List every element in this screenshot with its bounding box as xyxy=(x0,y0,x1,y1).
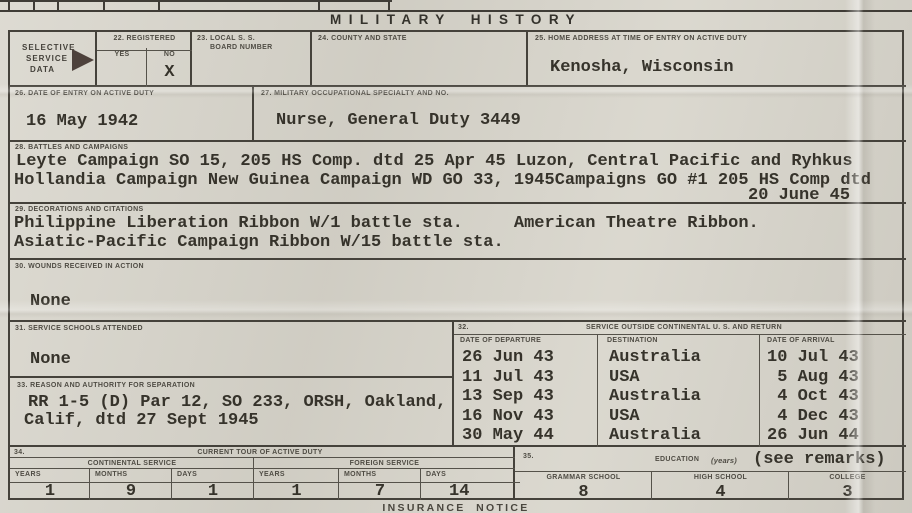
college-cell: COLLEGE 3 xyxy=(789,472,906,500)
scanned-document-page: MILITARY HISTORY SELECTIVE SERVICE DATA … xyxy=(0,0,912,513)
registered-no-value: X xyxy=(147,63,192,83)
specialty-value: Nurse, General Duty 3449 xyxy=(276,111,521,131)
decorations-line1: Philippine Liberation Ribbon W/1 battle … xyxy=(14,214,759,234)
tour-number: 34. xyxy=(14,449,25,456)
education-title: EDUCATION xyxy=(655,456,699,463)
battles-overtype-note: 20 June 45 xyxy=(748,186,850,206)
tour-header: 34. CURRENT TOUR OF ACTIVE DUTY xyxy=(10,447,515,458)
wounds-value: None xyxy=(30,292,71,312)
local-board-label: 23. LOCAL S. S. xyxy=(197,35,255,42)
section-title: MILITARY HISTORY xyxy=(0,12,912,27)
separation-line2: Calif, dtd 27 Sept 1945 xyxy=(24,411,259,431)
overseas-col-departure: DATE OF DEPARTURE 26 Jun 43 11 Jul 43 13… xyxy=(454,335,597,447)
column-tick xyxy=(388,0,390,10)
foreign-months-cell: MONTHS 7 xyxy=(339,469,421,500)
yes-label: YES xyxy=(97,51,147,58)
grammar-school-cell: GRAMMAR SCHOOL 8 xyxy=(515,472,652,500)
overseas-col-destination: DESTINATION Australia USA Australia USA … xyxy=(597,335,759,447)
departure-values: 26 Jun 43 11 Jul 43 13 Sep 43 16 Nov 43 … xyxy=(462,348,554,446)
foreign-days-cell: DAYS 14 xyxy=(421,469,515,500)
education-years-note: (years) xyxy=(711,456,737,465)
column-tick xyxy=(57,0,59,10)
foreign-years-cell: YEARS 1 xyxy=(254,469,339,500)
registered-no-cell: NO X xyxy=(147,48,192,87)
field-entry-date: 26. DATE OF ENTRY ON ACTIVE DUTY 16 May … xyxy=(10,87,254,142)
education-remark: (see remarks) xyxy=(753,450,886,470)
battles-line2: Hollandia Campaign New Guinea Campaign W… xyxy=(14,171,871,191)
schools-label: 31. SERVICE SCHOOLS ATTENDED xyxy=(15,325,143,332)
wounds-label: 30. WOUNDS RECEIVED IN ACTION xyxy=(15,263,144,270)
destination-header: DESTINATION xyxy=(607,337,658,344)
separation-line1: RR 1-5 (D) Par 12, SO 233, ORSH, Oakland… xyxy=(28,393,446,413)
continental-months-cell: MONTHS 9 xyxy=(90,469,172,500)
overseas-header: 32. SERVICE OUTSIDE CONTINENTAL U. S. AN… xyxy=(454,322,906,335)
column-tick xyxy=(8,0,10,10)
overseas-col-arrival: DATE OF ARRIVAL 10 Jul 43 5 Aug 43 4 Oct… xyxy=(759,335,906,447)
continental-years-cell: YEARS 1 xyxy=(10,469,90,500)
column-tick xyxy=(103,0,105,10)
field-battles-campaigns: 28. BATTLES AND CAMPAIGNS Leyte Campaign… xyxy=(10,142,906,204)
field-registered: 22. REGISTERED YES NO X xyxy=(97,32,192,87)
no-label: NO xyxy=(147,51,192,58)
row-schools-overseas: 31. SERVICE SCHOOLS ATTENDED None 33. RE… xyxy=(10,322,906,447)
battles-label: 28. BATTLES AND CAMPAIGNS xyxy=(15,144,128,151)
separation-label: 33. REASON AND AUTHORITY FOR SEPARATION xyxy=(17,382,195,389)
field-decorations: 29. DECORATIONS AND CITATIONS Philippine… xyxy=(10,204,906,260)
overseas-number: 32. xyxy=(458,324,469,331)
schools-value: None xyxy=(30,350,71,370)
high-school-cell: HIGH SCHOOL 4 xyxy=(652,472,789,500)
departure-header: DATE OF DEPARTURE xyxy=(460,337,541,344)
field-service-schools: 31. SERVICE SCHOOLS ATTENDED None xyxy=(10,322,454,378)
field-specialty: 27. MILITARY OCCUPATIONAL SPECIALTY AND … xyxy=(254,87,906,142)
decorations-line2: Asiatic-Pacific Campaign Ribbon W/15 bat… xyxy=(14,233,504,253)
field-county-state: 24. COUNTY AND STATE xyxy=(312,32,528,87)
column-tick xyxy=(33,0,35,10)
tour-title: CURRENT TOUR OF ACTIVE DUTY xyxy=(70,449,450,456)
education-number: 35. xyxy=(523,453,534,460)
field-separation: 33. REASON AND AUTHORITY FOR SEPARATION … xyxy=(10,378,454,447)
row-tour-education: 34. CURRENT TOUR OF ACTIVE DUTY CONTINEN… xyxy=(10,447,906,500)
continental-days-cell: DAYS 1 xyxy=(172,469,254,500)
entry-date-label: 26. DATE OF ENTRY ON ACTIVE DUTY xyxy=(15,90,154,97)
overseas-title: SERVICE OUTSIDE CONTINENTAL U. S. AND RE… xyxy=(484,324,884,331)
local-board-label2: BOARD NUMBER xyxy=(210,44,273,51)
specialty-label: 27. MILITARY OCCUPATIONAL SPECIALTY AND … xyxy=(261,90,449,97)
arrival-values: 10 Jul 43 5 Aug 43 4 Oct 43 4 Dec 43 26 … xyxy=(767,348,859,446)
tour-of-duty-section: 34. CURRENT TOUR OF ACTIVE DUTY CONTINEN… xyxy=(10,447,515,500)
field-wounds: 30. WOUNDS RECEIVED IN ACTION None xyxy=(10,260,906,322)
field-home-address: 25. HOME ADDRESS AT TIME OF ENTRY ON ACT… xyxy=(528,32,906,87)
continental-service-header: CONTINENTAL SERVICE xyxy=(10,458,254,469)
right-arrow-icon xyxy=(72,49,94,71)
military-history-form: SELECTIVE SERVICE DATA 22. REGISTERED YE… xyxy=(8,30,904,500)
column-tick xyxy=(158,0,160,10)
column-tick xyxy=(318,0,320,10)
county-state-label: 24. COUNTY AND STATE xyxy=(318,35,407,42)
education-header: 35. EDUCATION (years) (see remarks) xyxy=(515,447,906,472)
battles-line1: Leyte Campaign SO 15, 205 HS Comp. dtd 2… xyxy=(16,152,853,172)
registered-yes-cell: YES xyxy=(97,48,147,87)
entry-date-value: 16 May 1942 xyxy=(26,112,138,132)
foreign-service-header: FOREIGN SERVICE xyxy=(254,458,515,469)
home-address-label: 25. HOME ADDRESS AT TIME OF ENTRY ON ACT… xyxy=(535,35,747,42)
field-selective-service-data: SELECTIVE SERVICE DATA xyxy=(10,32,97,87)
field-local-board: 23. LOCAL S. S. BOARD NUMBER xyxy=(192,32,312,87)
overseas-service-table: 32. SERVICE OUTSIDE CONTINENTAL U. S. AN… xyxy=(454,322,906,447)
insurance-notice-title: INSURANCE NOTICE xyxy=(0,502,912,513)
education-section: 35. EDUCATION (years) (see remarks) GRAM… xyxy=(515,447,906,500)
home-address-value: Kenosha, Wisconsin xyxy=(550,58,734,78)
destination-values: Australia USA Australia USA Australia xyxy=(609,348,701,446)
selective-service-label: SELECTIVE SERVICE DATA xyxy=(22,42,75,75)
decorations-label: 29. DECORATIONS AND CITATIONS xyxy=(15,206,144,213)
row-entry-specialty: 26. DATE OF ENTRY ON ACTIVE DUTY 16 May … xyxy=(10,87,906,142)
row-selective-service: SELECTIVE SERVICE DATA 22. REGISTERED YE… xyxy=(10,32,906,87)
arrival-header: DATE OF ARRIVAL xyxy=(767,337,835,344)
